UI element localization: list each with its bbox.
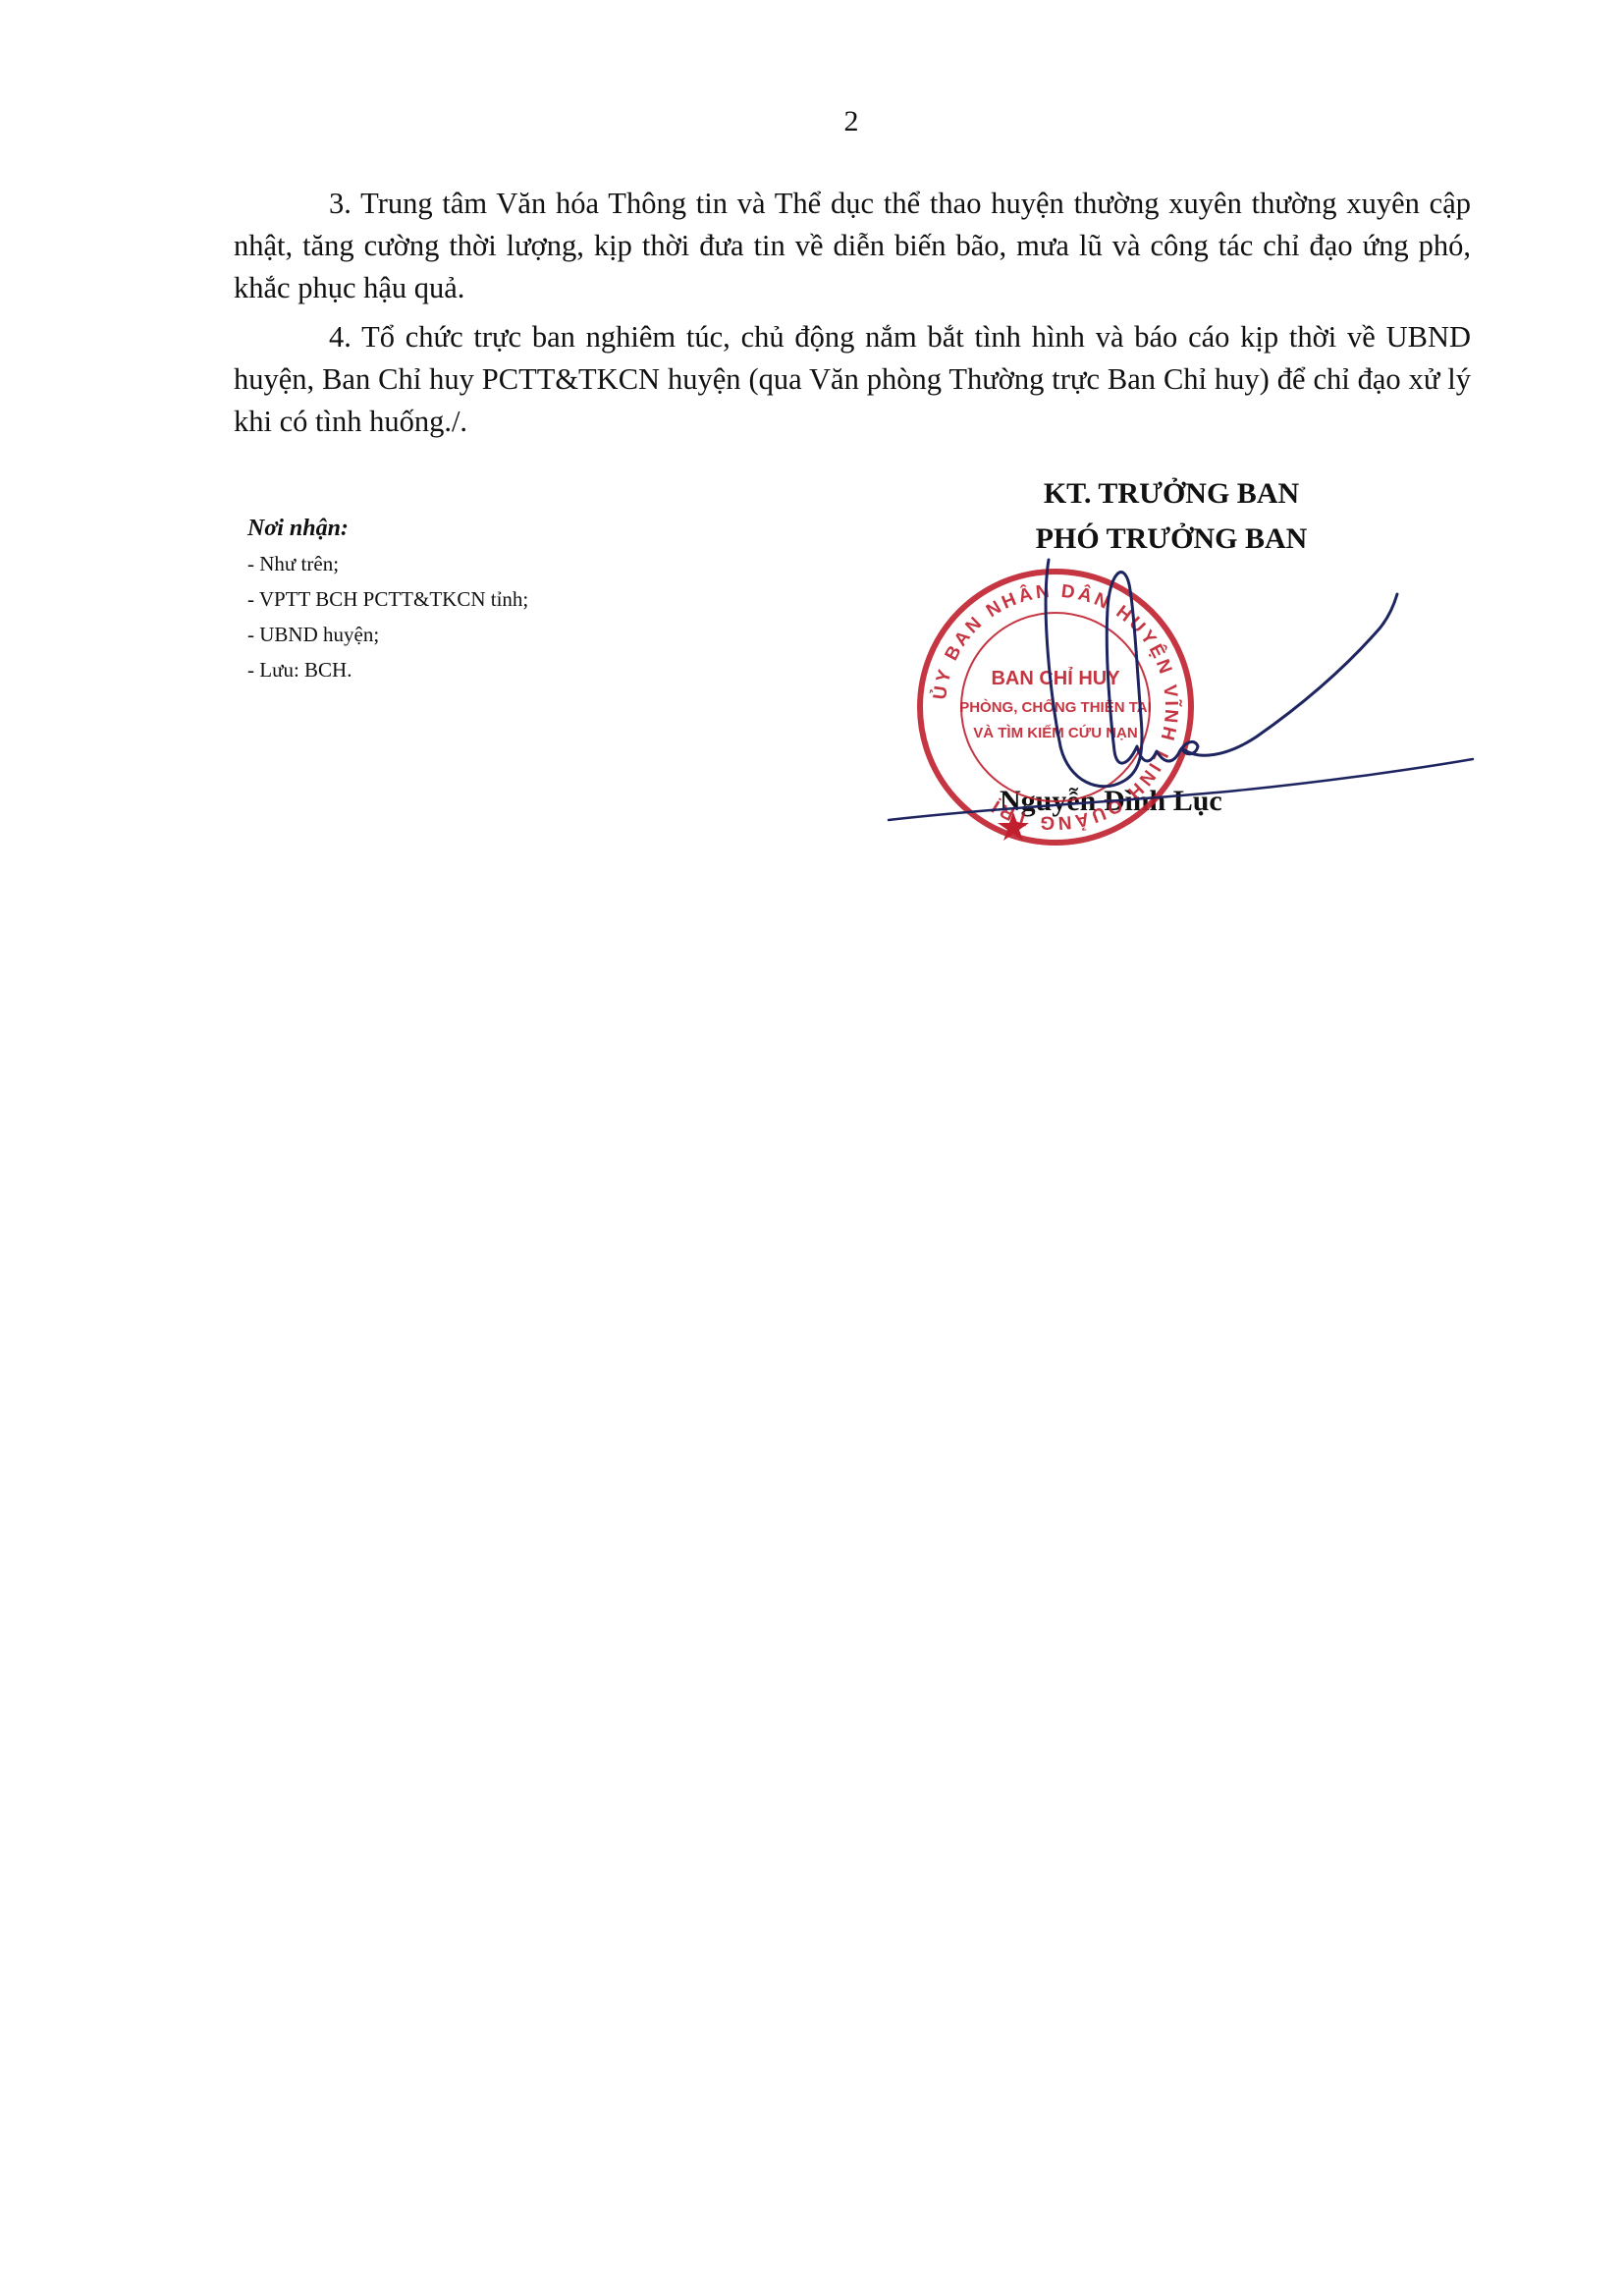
paragraph-4: 4. Tổ chức trực ban nghiêm túc, chủ động… xyxy=(234,316,1471,443)
signature-block: KT. TRƯỞNG BAN PHÓ TRƯỞNG BAN xyxy=(975,471,1368,562)
body-text: 3. Trung tâm Văn hóa Thông tin và Thể dụ… xyxy=(234,183,1471,450)
page-number: 2 xyxy=(0,102,1624,141)
paragraph-3: 3. Trung tâm Văn hóa Thông tin và Thể dụ… xyxy=(234,183,1471,309)
recipients-title: Nơi nhận: xyxy=(247,511,528,546)
recipient-item: - Như trên; xyxy=(247,546,528,581)
recipients-block: Nơi nhận: - Như trên; - VPTT BCH PCTT&TK… xyxy=(247,511,528,687)
stamp-center-line1: BAN CHỈ HUY xyxy=(991,667,1120,689)
signer-title-line1: KT. TRƯỞNG BAN xyxy=(975,471,1368,517)
recipient-item: - VPTT BCH PCTT&TKCN tỉnh; xyxy=(247,581,528,617)
recipient-item: - Lưu: BCH. xyxy=(247,652,528,687)
stamp-center-line3: VÀ TÌM KIẾM CỨU NẠN xyxy=(973,724,1137,741)
stamp-center-line2: PHÒNG, CHỐNG THIÊN TAI xyxy=(959,698,1152,716)
official-stamp-icon: ỦY BAN NHÂN DÂN HUYỆN VĨNH LINH QUẢNG TR… xyxy=(913,565,1198,849)
recipient-item: - UBND huyện; xyxy=(247,617,528,652)
signer-title-line2: PHÓ TRƯỞNG BAN xyxy=(975,517,1368,562)
